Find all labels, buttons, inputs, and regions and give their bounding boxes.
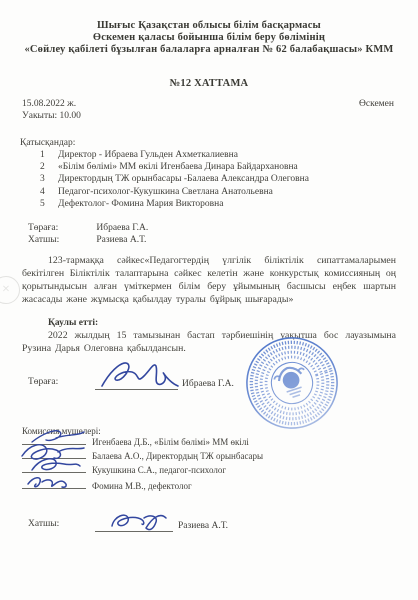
chair-name: Ибраева Г.А. bbox=[96, 223, 148, 233]
stamp-graphic bbox=[243, 334, 341, 432]
protocol-time: Уакыты: 10.00 bbox=[22, 110, 81, 122]
commission-member: Кукушкина С.А., педагог-психолог bbox=[92, 465, 226, 477]
participant-item: 3 Директордың ТЖ орынбасары -Балаева Але… bbox=[40, 173, 388, 185]
participant-number: 1 bbox=[40, 149, 58, 161]
participant-text: «Білім бөлімі» ММ өкілі Игенбаева Динара… bbox=[58, 161, 298, 173]
chair-signature-ink bbox=[98, 356, 184, 392]
secretary-sign-name: Разиева А.Т. bbox=[178, 520, 228, 532]
protocol-city: Өскемен bbox=[359, 98, 394, 110]
secretary-sign-role: Хатшы: bbox=[28, 518, 59, 530]
decision-heading: Қаулы етті: bbox=[48, 317, 98, 329]
participant-text: Дефектолог- Фомина Мария Викторовна bbox=[58, 198, 223, 210]
participant-number: 2 bbox=[40, 161, 58, 173]
body-paragraph: 123-тармаққа сәйкес«Педагогтердің үлгілі… bbox=[22, 254, 396, 306]
participant-text: Педагог-психолог-Кукушкина Светлана Анат… bbox=[58, 186, 273, 198]
participants-list: 1 Директор - Ибраева Гульден Ахметкалиев… bbox=[40, 149, 388, 210]
commission-signature-ink-4 bbox=[24, 470, 88, 492]
participants-heading: Қатысқандар: bbox=[20, 137, 75, 149]
chair-sign-name: Ибраева Г.А. bbox=[182, 378, 234, 390]
participant-number: 3 bbox=[40, 173, 58, 185]
commission-member: Игенбаева Д.Б., «Білім бөлімі» ММ өкілі bbox=[92, 437, 249, 449]
commission-member: Фомина М.В., дефектолог bbox=[92, 481, 192, 493]
commission-member: Балаева А.О., Директордың ТЖ орынбасары bbox=[92, 451, 263, 463]
protocol-date: 15.08.2022 ж. bbox=[22, 98, 76, 110]
official-round-stamp bbox=[243, 334, 341, 432]
participant-item: 4 Педагог-психолог-Кукушкина Светлана Ан… bbox=[40, 186, 388, 198]
protocol-title: №12 ХАТТАМА bbox=[0, 78, 418, 90]
secretary-role-label: Хатшы: bbox=[28, 234, 94, 246]
participant-text: Директордың ТЖ орынбасары -Балаева Алекс… bbox=[58, 173, 309, 185]
participant-number: 4 bbox=[40, 186, 58, 198]
secretary-signature-ink bbox=[104, 504, 174, 534]
chair-role-label: Төраға: bbox=[28, 222, 94, 234]
participant-item: 5 Дефектолог- Фомина Мария Викторовна bbox=[40, 198, 388, 210]
header-line-3: «Сөйлеу қабілеті бұзылған балаларға арна… bbox=[0, 44, 418, 56]
chair-sign-role: Төраға: bbox=[28, 376, 58, 388]
participant-number: 5 bbox=[40, 198, 58, 210]
protocol-document-page: × Шығыс Қазақстан облысы білім басқармас… bbox=[0, 0, 418, 600]
header-line-1: Шығыс Қазақстан облысы білім басқармасы bbox=[0, 20, 418, 32]
participant-item: 1 Директор - Ибраева Гульден Ахметкалиев… bbox=[40, 149, 388, 161]
secretary-name: Разиева А.Т. bbox=[96, 235, 146, 245]
participant-text: Директор - Ибраева Гульден Ахметкалиевна bbox=[58, 149, 238, 161]
participant-item: 2 «Білім бөлімі» ММ өкілі Игенбаева Дина… bbox=[40, 161, 388, 173]
header-line-2: Өскемен қаласы бойынша білім беру бөлімі… bbox=[0, 32, 418, 44]
scan-holepunch-mark: × bbox=[0, 276, 20, 304]
